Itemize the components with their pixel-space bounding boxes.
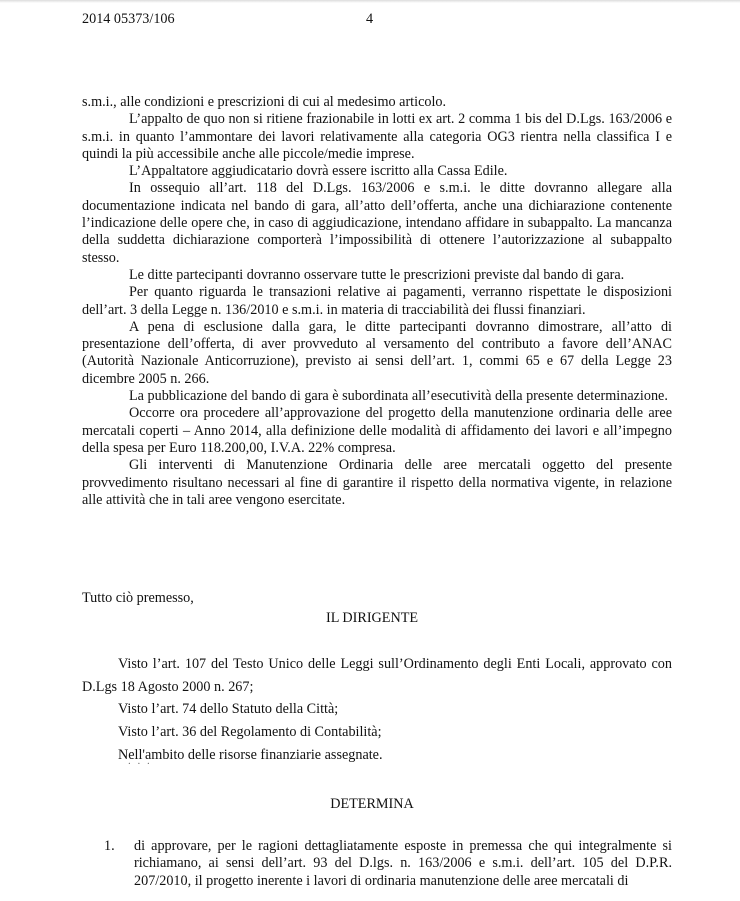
paragraph: In ossequio all’art. 118 del D.Lgs. 163/… — [82, 180, 672, 266]
paragraph: La pubblicazione del bando di gara è sub… — [82, 388, 672, 405]
paragraph: Occorre ora procedere all’approvazione d… — [82, 405, 672, 457]
determina-heading: DETERMINA — [2, 796, 740, 813]
dirigente-heading: IL DIRIGENTE — [2, 610, 740, 627]
list-item-number: 1. — [104, 838, 134, 890]
paragraph: Le ditte partecipanti dovranno osservare… — [82, 267, 672, 284]
visto-item: Visto l’art. 74 dello Statuto della Citt… — [82, 698, 672, 721]
premises-section: s.m.i., alle condizioni e prescrizioni d… — [82, 94, 672, 509]
visto-item: Visto l’art. 107 del Testo Unico delle L… — [82, 653, 672, 698]
page-number: 4 — [366, 11, 373, 28]
paragraph: Per quanto riguarda le transazioni relat… — [82, 284, 672, 319]
determina-list: 1. di approvare, per le ragioni dettagli… — [104, 838, 672, 890]
visto-section: Visto l’art. 107 del Testo Unico delle L… — [82, 653, 672, 767]
premesso-line: Tutto ciò premesso, — [82, 590, 194, 607]
list-item-text: di approvare, per le ragioni dettagliata… — [134, 838, 672, 890]
visto-item: Nell'ambito delle risorse finanziarie as… — [82, 744, 672, 767]
visto-item: Visto l’art. 36 del Regolamento di Conta… — [82, 721, 672, 744]
paragraph: A pena di esclusione dalla gara, le ditt… — [82, 319, 672, 388]
document-number: 2014 05373/106 — [82, 11, 175, 28]
list-item: 1. di approvare, per le ragioni dettagli… — [104, 838, 672, 890]
paragraph: s.m.i., alle condizioni e prescrizioni d… — [82, 94, 672, 111]
ellipsis-marker: . . . — [128, 755, 152, 767]
paragraph: L’Appaltatore aggiudicatario dovrà esser… — [82, 163, 672, 180]
paragraph: L’appalto de quo non si ritiene fraziona… — [82, 111, 672, 163]
paragraph: Gli interventi di Manutenzione Ordinaria… — [82, 457, 672, 509]
page-top-edge — [0, 0, 740, 3]
